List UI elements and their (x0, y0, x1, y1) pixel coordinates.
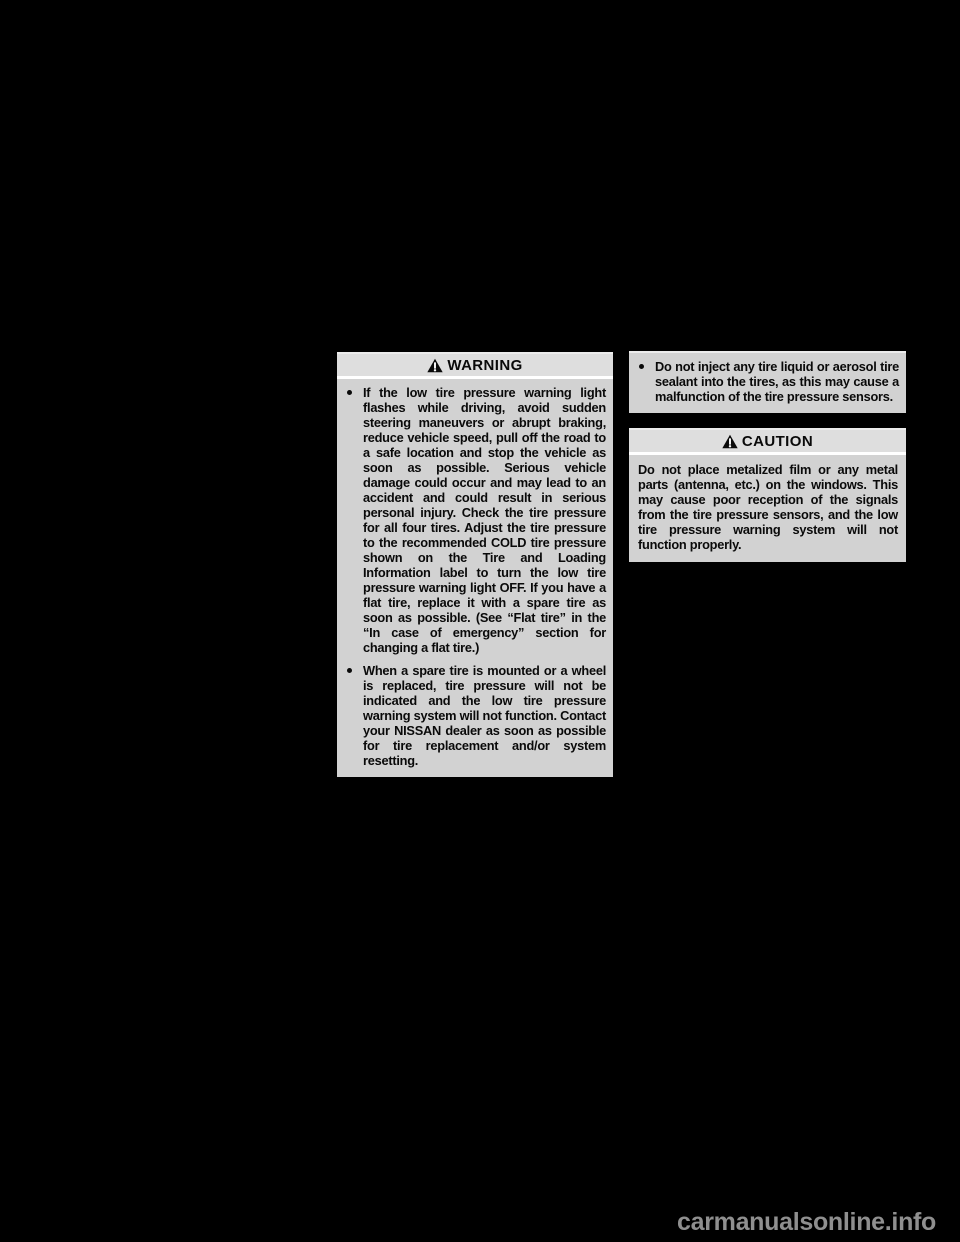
caution-box-header: CAUTION (629, 430, 906, 452)
list-item: Do not inject any tire liquid or aerosol… (637, 359, 899, 404)
bullet-icon (345, 663, 363, 768)
warning-triangle-icon (722, 434, 738, 449)
bullet-icon (345, 385, 363, 655)
caution-box-title: CAUTION (742, 433, 813, 450)
list-item: When a spare tire is mounted or a wheel … (345, 663, 606, 768)
manual-page: WARNING If the low tire pressure warning… (0, 0, 960, 1242)
sealant-note-box: Do not inject any tire liquid or aerosol… (629, 351, 906, 413)
sealant-note-body: Do not inject any tire liquid or aerosol… (629, 353, 906, 413)
caution-box-body: Do not place metalized film or any metal… (629, 455, 906, 562)
sealant-bullet-text: Do not inject any tire liquid or aerosol… (655, 359, 899, 404)
warning-box: WARNING If the low tire pressure warning… (337, 352, 613, 777)
warning-bullet-text: When a spare tire is mounted or a wheel … (363, 663, 606, 768)
bullet-icon (637, 359, 655, 404)
caution-box: CAUTION Do not place metalized film or a… (629, 428, 906, 562)
warning-bullet-text: If the low tire pressure warning light f… (363, 385, 606, 655)
warning-box-title: WARNING (447, 357, 522, 374)
warning-box-body: If the low tire pressure warning light f… (337, 379, 613, 777)
list-item: If the low tire pressure warning light f… (345, 385, 606, 655)
warning-box-header: WARNING (337, 354, 613, 376)
warning-triangle-icon (427, 358, 443, 373)
site-watermark: carmanualsonline.info (677, 1208, 936, 1237)
caution-text: Do not place metalized film or any metal… (638, 462, 898, 552)
